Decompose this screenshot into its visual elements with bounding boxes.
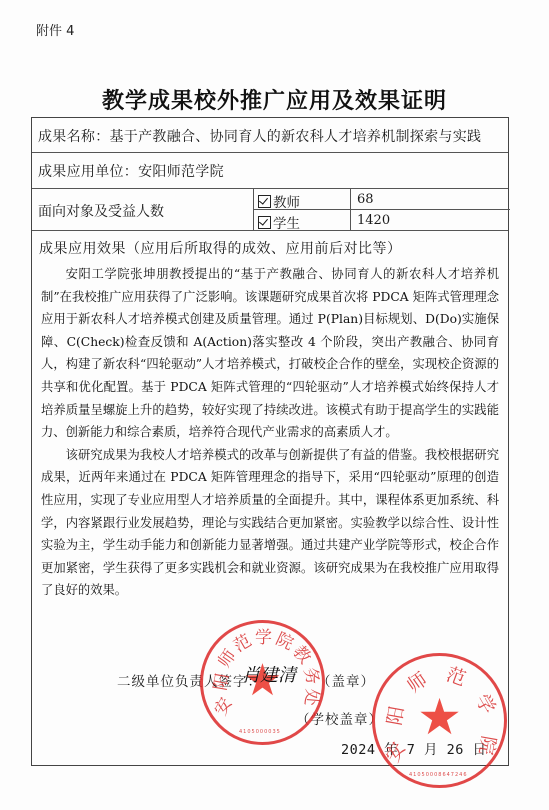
- effect-paragraph-2: 该研究成果为我校人才培养模式的改革与创新提供了有益的借鉴。我校根据研究成果，近两…: [41, 444, 499, 602]
- handwritten-signature: 肖建清: [242, 661, 296, 687]
- achievement-name: 成果名称：基于产教融合、协同育人的新农科人才培养机制探索与实践: [38, 126, 481, 146]
- document-title: 教学成果校外推广应用及效果证明: [0, 84, 549, 115]
- effect-body: 安阳工学院张坤朋教授提出的“基于产教融合、协同育人的新农科人才培养机制”在我校推…: [41, 263, 499, 602]
- teacher-count: 68: [350, 189, 500, 210]
- signature-label: 二级单位负责人签字：: [117, 670, 262, 690]
- school-seal-note: （学校盖章）: [296, 708, 383, 728]
- effect-heading: 成果应用效果（应用后所取得的成效、应用前后对比等）: [39, 238, 402, 258]
- audience-label: 面向对象及受益人数: [38, 201, 164, 221]
- application-unit-row: 成果应用单位：安阳师范学院: [32, 153, 508, 189]
- student-checkbox-icon[interactable]: [258, 216, 271, 229]
- student-category: 学生: [273, 216, 300, 232]
- audience-teacher-row: 教师 68: [253, 189, 510, 210]
- attachment-label: 附件 4: [36, 20, 74, 39]
- application-unit: 成果应用单位：安阳师范学院: [38, 161, 224, 181]
- teacher-category: 教师: [273, 195, 300, 211]
- audience-row: 面向对象及受益人数 教师 68 学生 1420: [32, 189, 508, 231]
- certificate-form: 成果名称：基于产教融合、协同育人的新农科人才培养机制探索与实践 成果应用单位：安…: [31, 117, 509, 766]
- student-count: 1420: [350, 210, 500, 231]
- achievement-name-row: 成果名称：基于产教融合、协同育人的新农科人才培养机制探索与实践: [32, 118, 508, 153]
- teacher-checkbox-icon[interactable]: [258, 195, 271, 208]
- school-stamp-number: 41050008647246: [409, 772, 468, 778]
- effect-paragraph-1: 安阳工学院张坤朋教授提出的“基于产教融合、协同育人的新农科人才培养机制”在我校推…: [41, 263, 499, 444]
- seal-note: （盖章）: [317, 670, 375, 690]
- signing-date: 2024 年 7 月 26 日: [341, 738, 487, 758]
- audience-student-row: 学生 1420: [253, 210, 510, 231]
